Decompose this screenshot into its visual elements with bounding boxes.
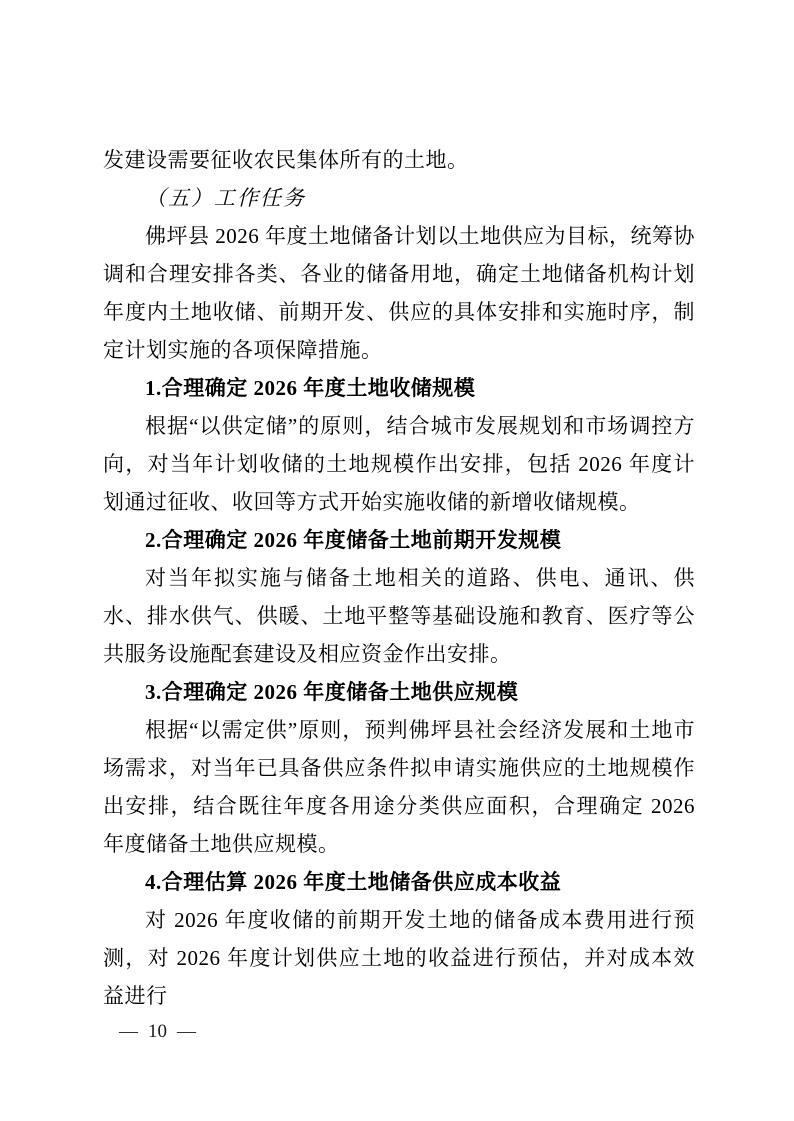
numbered-heading-3: 3.合理确定 2026 年度储备土地供应规模 — [103, 673, 695, 711]
numbered-heading-1: 1.合理确定 2026 年度土地收储规模 — [103, 369, 695, 407]
page-footer: — 10 — — [119, 1019, 196, 1045]
subsection-heading-work-tasks: （五）工作任务 — [103, 179, 695, 217]
paragraph-task-3: 根据“以需定供”原则，预判佛坪县社会经济发展和土地市场需求，对当年已具备供应条件… — [103, 711, 695, 863]
paragraph-task-1: 根据“以供定储”的原则，结合城市发展规划和市场调控方向，对当年计划收储的土地规模… — [103, 407, 695, 521]
paragraph-overview: 佛坪县 2026 年度土地储备计划以土地供应为目标，统筹协调和合理安排各类、各业… — [103, 217, 695, 369]
page-number: 10 — [148, 1019, 167, 1045]
footer-dash-right: — — [177, 1019, 196, 1045]
document-page: 发建设需要征收农民集体所有的土地。 （五）工作任务 佛坪县 2026 年度土地储… — [0, 0, 794, 1121]
paragraph-continuation: 发建设需要征收农民集体所有的土地。 — [103, 141, 695, 179]
numbered-heading-4: 4.合理估算 2026 年度土地储备供应成本收益 — [103, 863, 695, 901]
numbered-heading-2: 2.合理确定 2026 年度储备土地前期开发规模 — [103, 521, 695, 559]
footer-dash-left: — — [119, 1019, 138, 1045]
paragraph-task-2: 对当年拟实施与储备土地相关的道路、供电、通讯、供水、排水供气、供暖、土地平整等基… — [103, 559, 695, 673]
document-body: 发建设需要征收农民集体所有的土地。 （五）工作任务 佛坪县 2026 年度土地储… — [103, 141, 695, 1015]
paragraph-task-4: 对 2026 年度收储的前期开发土地的储备成本费用进行预测，对 2026 年度计… — [103, 901, 695, 1015]
